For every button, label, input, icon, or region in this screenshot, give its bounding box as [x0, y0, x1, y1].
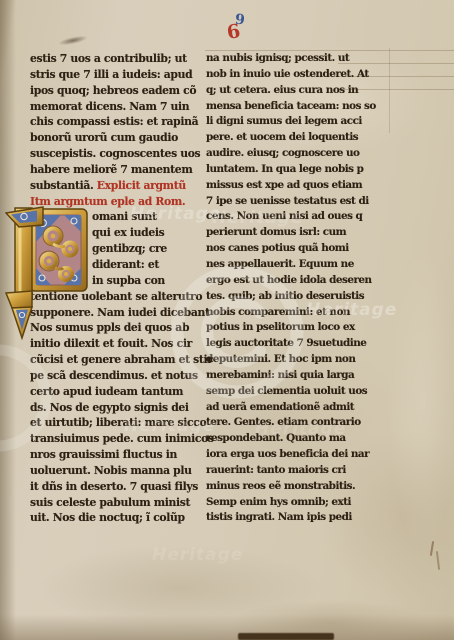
text-line: tere. Gentes. etiam contrario [206, 415, 348, 431]
body-text: estis 7 uos a contribulib; ut [30, 52, 187, 65]
text-line: li digni sumus dei legem acci [206, 114, 348, 130]
body-text: deputemini. Et hoc ipm non [206, 353, 355, 365]
rubric-text: Explicit argmtũ [97, 179, 186, 192]
body-text: omani sunt [92, 210, 157, 223]
body-text: respondebant. Quanto ma [206, 432, 346, 444]
text-line: et uirtutib; liberati: mare sicco [30, 415, 206, 431]
body-text: potius in pselitorum loco ex [206, 321, 355, 333]
text-line: suscepistis. cognoscentes uos [30, 146, 206, 162]
body-text: diderant: et [92, 258, 159, 271]
body-text: li digni sumus dei legem acci [206, 115, 362, 127]
text-line: stris que 7 illi a iudeis: apud [30, 67, 206, 83]
text-line: luntatem. In qua lege nobis p [206, 162, 348, 178]
body-text: ergo est ut hodie idola deseren [206, 274, 372, 286]
body-text: ds. Nos de egypto signis dei [30, 401, 189, 414]
text-line: 7 ipe se uenisse testatus est di [206, 194, 348, 210]
text-line: ds. Nos de egypto signis dei [30, 400, 206, 416]
body-text: gentibzq; cre [92, 242, 167, 255]
text-line: nros grauissimi fluctus in [30, 447, 206, 463]
text-line: rauerint: tanto maioris cri [206, 463, 348, 479]
body-text: Semp enim hys omnib; exti [206, 496, 351, 508]
body-text: tistis ingrati. Nam ipis pedi [206, 511, 352, 523]
body-text: cens. Non ueni nisi ad oues q [206, 210, 362, 222]
body-text: cũcisi et genere abraham et stir [30, 353, 213, 366]
body-text: mensa beneficia taceam: nos so [206, 100, 376, 112]
body-text: chis compassi estis: et rapinã [30, 115, 198, 128]
body-text: memorat dicens. Nam 7 uin [30, 100, 189, 113]
text-line: na nubis ignisq; pcessit. ut [206, 51, 348, 67]
body-text: stris que 7 illi a iudeis: apud [30, 68, 192, 81]
text-line: habere meliorẽ 7 manentem [30, 162, 206, 178]
text-line: uoluerunt. Nobis manna plu [30, 463, 206, 479]
body-text: uoluerunt. Nobis manna plu [30, 464, 192, 477]
ruling-line-vertical [389, 48, 390, 133]
text-line: it dñs in deserto. 7 quasi filys [30, 479, 206, 495]
body-text: legis auctoritate 7 9suetudine [206, 337, 366, 349]
text-line: semp dei clementia uoluit uos [206, 384, 348, 400]
body-text: suis celeste pabulum minist [30, 496, 190, 509]
body-text: rauerint: tanto maioris cri [206, 464, 346, 476]
body-text: nros grauissimi fluctus in [30, 448, 177, 461]
body-text: qui ex iudeis [92, 226, 164, 239]
text-line: certo apud iudeam tantum [30, 384, 206, 400]
body-text: missus est xpe ad quos etiam [206, 179, 362, 191]
text-line: audire. eiusq; cognoscere uo [206, 146, 348, 162]
body-text: nob in inuio uie ostenderet. At [206, 68, 369, 80]
text-line: pere. et uocem dei loquentis [206, 130, 348, 146]
ink-smudge [58, 34, 89, 47]
text-line: cũcisi et genere abraham et stir [30, 352, 206, 368]
text-line: nes appellauerit. Equum ne [206, 257, 348, 273]
text-line: merebamini: nisi quia larga [206, 368, 348, 384]
illuminated-initial-R [5, 204, 93, 344]
body-text: bonorũ urorũ cum gaudio [30, 131, 178, 144]
body-text: 7 ipe se uenisse testatus est di [206, 195, 369, 207]
body-text: it dñs in deserto. 7 quasi filys [30, 480, 198, 493]
text-line: perierunt domus isrl: cum [206, 225, 348, 241]
text-line: nobis comparemini: et non [206, 305, 348, 321]
body-text: na nubis ignisq; pcessit. ut [206, 52, 349, 64]
text-line: uit. Nos die noctuq; ĩ colũp [30, 510, 206, 526]
body-text: nes appellauerit. Equum ne [206, 258, 354, 270]
ink-mark [436, 551, 440, 570]
body-text: perierunt domus isrl: cum [206, 226, 346, 238]
text-line: estis 7 uos a contribulib; ut [30, 51, 206, 67]
text-line: ad uerã emendationẽ admit [206, 400, 348, 416]
text-line: cens. Non ueni nisi ad oues q [206, 209, 348, 225]
body-text: habere meliorẽ 7 manentem [30, 163, 192, 176]
text-line: bonorũ urorũ cum gaudio [30, 130, 206, 146]
text-line: nob in inuio uie ostenderet. At [206, 67, 348, 83]
body-text: pere. et uocem dei loquentis [206, 131, 358, 143]
parchment-stain [230, 600, 430, 640]
body-text: nobis comparemini: et non [206, 306, 350, 318]
body-text: pe scã descendimus. et notus [30, 369, 198, 382]
body-text: luntatem. In qua lege nobis p [206, 163, 363, 175]
body-text: et uirtutib; liberati: mare sicco [30, 416, 206, 429]
body-text: audire. eiusq; cognoscere uo [206, 147, 359, 159]
text-line: nos canes potius quã homi [206, 241, 348, 257]
body-text: nos canes potius quã homi [206, 242, 349, 254]
text-line: tistis ingrati. Nam ipis pedi [206, 510, 348, 526]
text-line: tes. quib; ab initio deseruistis [206, 289, 348, 305]
text-line: ipos quoq; hebreos eadem cõ [30, 83, 206, 99]
text-line: respondebant. Quanto ma [206, 431, 348, 447]
text-line: chis compassi estis: et rapinã [30, 114, 206, 130]
body-text: merebamini: nisi quia larga [206, 369, 354, 381]
page-edge-shadow [238, 633, 334, 640]
heritage-watermark-text: Heritage [152, 545, 243, 565]
body-text: ipos quoq; hebreos eadem cõ [30, 84, 196, 97]
body-text: semp dei clementia uoluit uos [206, 385, 367, 397]
right-text-column: na nubis ignisq; pcessit. utnob in inuio… [206, 51, 348, 526]
body-text: transiuimus pede. cum inimicos [30, 432, 214, 445]
ink-mark [430, 541, 434, 556]
text-line: ergo est ut hodie idola deseren [206, 273, 348, 289]
text-line: deputemini. Et hoc ipm non [206, 352, 348, 368]
body-text: q; ut cetera. eius cura nos in [206, 84, 358, 96]
body-text: minus reos eẽ monstrabitis. [206, 480, 355, 492]
text-line: missus est xpe ad quos etiam [206, 178, 348, 194]
ruling-line [338, 63, 454, 64]
body-text: tere. Gentes. etiam contrario [206, 416, 361, 428]
text-line: transiuimus pede. cum inimicos [30, 431, 206, 447]
text-line: potius in pselitorum loco ex [206, 320, 348, 336]
body-text: substantiã. [30, 179, 97, 192]
text-line: pe scã descendimus. et notus [30, 368, 206, 384]
body-text: tes. quib; ab initio deseruistis [206, 290, 364, 302]
text-line: substantiã. Explicit argmtũ [30, 178, 206, 194]
text-line: Semp enim hys omnib; exti [206, 495, 348, 511]
text-line: legis auctoritate 7 9suetudine [206, 336, 348, 352]
body-text: certo apud iudeam tantum [30, 385, 183, 398]
body-text: in supba con [92, 274, 165, 287]
body-text: iora erga uos beneficia dei nar [206, 448, 369, 460]
text-line: minus reos eẽ monstrabitis. [206, 479, 348, 495]
body-text: suscepistis. cognoscentes uos [30, 147, 200, 160]
initial-top-serif [6, 207, 43, 227]
text-line: mensa beneficia taceam: nos so [206, 99, 348, 115]
text-line: suis celeste pabulum minist [30, 495, 206, 511]
text-line: memorat dicens. Nam 7 uin [30, 99, 206, 115]
body-text: uit. Nos die noctuq; ĩ colũp [30, 511, 185, 524]
parchment-stain [388, 250, 454, 550]
manuscript-page: 9 6 estis 7 uos a contribulib; utstris q… [0, 0, 454, 640]
initial-tail [6, 291, 32, 338]
body-text: ad uerã emendationẽ admit [206, 401, 354, 413]
parchment-stain [40, 545, 320, 630]
text-line: iora erga uos beneficia dei nar [206, 447, 348, 463]
text-line: q; ut cetera. eius cura nos in [206, 83, 348, 99]
